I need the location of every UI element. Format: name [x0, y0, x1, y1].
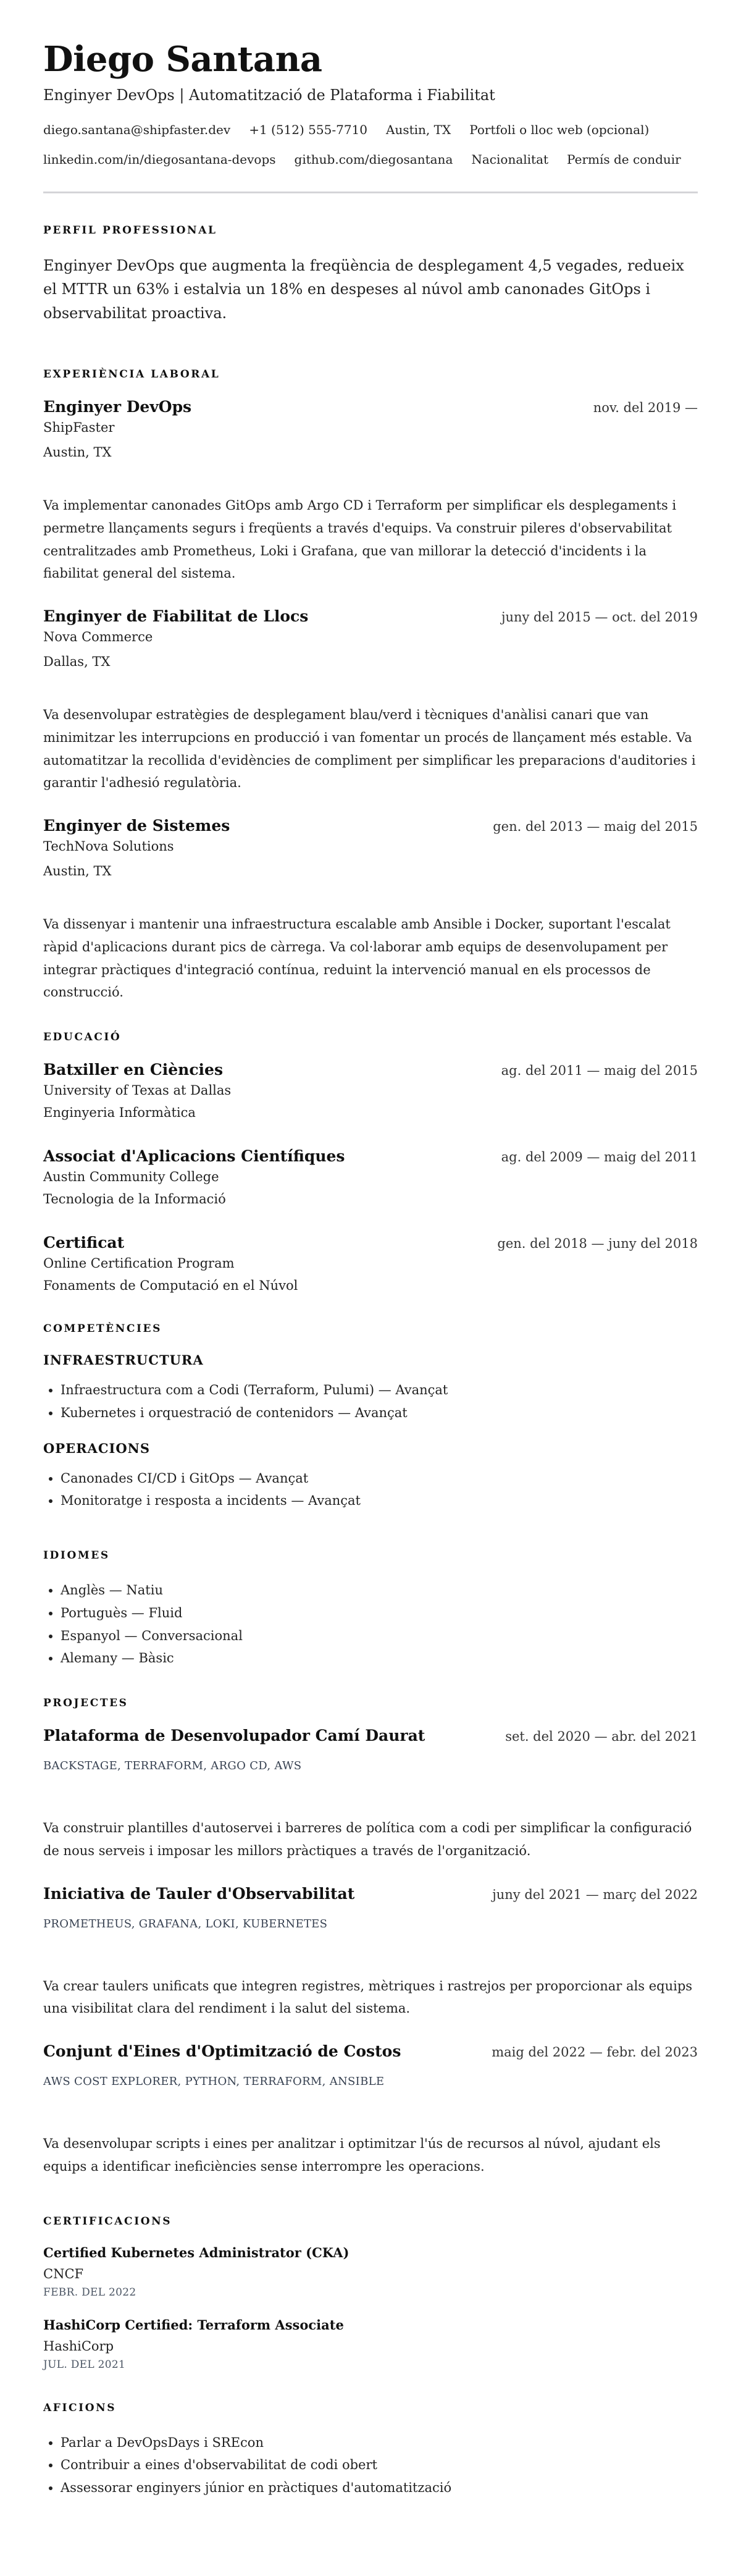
- entry-header: Batxiller en Ciènciesag. del 2011 — maig…: [43, 1061, 698, 1079]
- section-title-certifications: Certificacions: [43, 2215, 698, 2228]
- summary-section: Perfil professional Enginyer DevOps que …: [43, 224, 698, 325]
- job-description: Va implementar canonades GitOps amb Argo…: [43, 494, 698, 585]
- project-tech-tags: Prometheus, Grafana, Loki, Kubernetes: [43, 1917, 698, 1930]
- contact-linkedin[interactable]: linkedin.com/in/diegosantana-devops: [43, 151, 276, 168]
- entry-header: Enginyer de Sistemesgen. del 2013 — maig…: [43, 817, 698, 835]
- section-title-summary: Perfil professional: [43, 224, 698, 237]
- school-name: Online Certification Program: [43, 1254, 698, 1274]
- entry-header: Conjunt d'Eines d'Optimització de Costos…: [43, 2042, 698, 2060]
- hobby-item: Parlar a DevOpsDays i SREcon: [61, 2431, 698, 2454]
- job-location: Austin, TX: [43, 443, 698, 463]
- entry-header: Certificatgen. del 2018 — juny del 2018: [43, 1234, 698, 1252]
- certification-entry: Certified Kubernetes Administrator (CKA)…: [43, 2245, 698, 2299]
- hobby-item: Contribuir a eines d'observabilitat de c…: [61, 2454, 698, 2477]
- languages-list: Anglès — NatiuPortuguès — FluidEspanyol …: [43, 1579, 698, 1670]
- project-name: Conjunt d'Eines d'Optimització de Costos: [43, 2042, 401, 2060]
- job-dates: nov. del 2019 —: [593, 400, 698, 415]
- education-dates: ag. del 2009 — maig del 2011: [501, 1150, 698, 1164]
- education-list: Batxiller en Ciènciesag. del 2011 — maig…: [43, 1061, 698, 1295]
- contact-website[interactable]: Portfoli o lloc web (opcional): [469, 121, 649, 138]
- entry-header: Associat d'Aplicacions Científiquesag. d…: [43, 1147, 698, 1165]
- certifications-list: Certified Kubernetes Administrator (CKA)…: [43, 2245, 698, 2371]
- school-name: Austin Community College: [43, 1168, 698, 1187]
- experience-entry: Enginyer de Fiabilitat de Llocsjuny del …: [43, 607, 698, 794]
- skill-list: Infraestructura com a Codi (Terraform, P…: [43, 1379, 698, 1425]
- education-dates: ag. del 2011 — maig del 2015: [501, 1063, 698, 1078]
- job-description: Va dissenyar i mantenir una infraestruct…: [43, 913, 698, 1004]
- job-location: Austin, TX: [43, 862, 698, 882]
- languages-section: Idiomes Anglès — NatiuPortuguès — FluidE…: [43, 1549, 698, 1670]
- section-title-skills: Competències: [43, 1323, 698, 1335]
- entry-header: Enginyer DevOpsnov. del 2019 —: [43, 398, 698, 416]
- contact-phone[interactable]: +1 (512) 555-7710: [249, 121, 367, 138]
- certification-date: febr. del 2022: [43, 2286, 698, 2299]
- certification-issuer: HashiCorp: [43, 2339, 698, 2354]
- candidate-headline: Enginyer DevOps | Automatització de Plat…: [43, 85, 698, 106]
- section-title-projects: Projectes: [43, 1697, 698, 1709]
- job-dates: gen. del 2013 — maig del 2015: [493, 819, 698, 834]
- field-of-study: Tecnologia de la Informació: [43, 1190, 698, 1210]
- projects-list: Plataforma de Desenvolupador Camí Daurat…: [43, 1727, 698, 2178]
- degree-name: Associat d'Aplicacions Científiques: [43, 1147, 345, 1165]
- company-name: Nova Commerce: [43, 628, 698, 647]
- project-tech-tags: AWS Cost Explorer, Python, Terraform, An…: [43, 2075, 698, 2088]
- contact-location: Austin, TX: [386, 121, 451, 138]
- language-item: Anglès — Natiu: [61, 1579, 698, 1602]
- skill-category-title: Infraestructura: [43, 1352, 698, 1368]
- hobbies-section: Aficions Parlar a DevOpsDays i SREconCon…: [43, 2402, 698, 2499]
- contact-driving-license: Permís de conduir: [567, 151, 681, 168]
- experience-entry: Enginyer de Sistemesgen. del 2013 — maig…: [43, 817, 698, 1004]
- skill-item: Infraestructura com a Codi (Terraform, P…: [61, 1379, 698, 1402]
- degree-name: Batxiller en Ciències: [43, 1061, 223, 1079]
- candidate-name: Diego Santana: [43, 40, 698, 79]
- experience-list: Enginyer DevOpsnov. del 2019 —ShipFaster…: [43, 398, 698, 1004]
- project-tech-tags: Backstage, Terraform, Argo CD, AWS: [43, 1759, 698, 1772]
- hobbies-list: Parlar a DevOpsDays i SREconContribuir a…: [43, 2431, 698, 2499]
- summary-text: Enginyer DevOps que augmenta la freqüènc…: [43, 254, 698, 325]
- certification-name: HashiCorp Certified: Terraform Associate: [43, 2317, 698, 2333]
- job-dates: juny del 2015 — oct. del 2019: [501, 610, 698, 625]
- section-title-hobbies: Aficions: [43, 2402, 698, 2414]
- project-name: Plataforma de Desenvolupador Camí Daurat: [43, 1727, 425, 1745]
- project-entry: Iniciativa de Tauler d'Observabilitatjun…: [43, 1885, 698, 2021]
- hobby-item: Assessorar enginyers júnior en pràctique…: [61, 2477, 698, 2499]
- skills-list: InfraestructuraInfraestructura com a Cod…: [43, 1352, 698, 1512]
- language-item: Espanyol — Conversacional: [61, 1625, 698, 1648]
- project-dates: maig del 2022 — febr. del 2023: [492, 2045, 698, 2060]
- job-description: Va desenvolupar estratègies de desplegam…: [43, 704, 698, 794]
- education-entry: Associat d'Aplicacions Científiquesag. d…: [43, 1147, 698, 1209]
- contact-nationality: Nacionalitat: [471, 151, 548, 168]
- experience-entry: Enginyer DevOpsnov. del 2019 —ShipFaster…: [43, 398, 698, 585]
- certification-name: Certified Kubernetes Administrator (CKA): [43, 2245, 698, 2260]
- field-of-study: Fonaments de Computació en el Núvol: [43, 1276, 698, 1296]
- skill-item: Kubernetes i orquestració de contenidors…: [61, 1402, 698, 1425]
- project-description: Va crear taulers unificats que integren …: [43, 1975, 698, 2021]
- job-location: Dallas, TX: [43, 652, 698, 672]
- contact-github[interactable]: github.com/diegosantana: [295, 151, 453, 168]
- skill-category-title: Operacions: [43, 1441, 698, 1456]
- experience-section: Experiència laboral Enginyer DevOpsnov. …: [43, 368, 698, 1004]
- field-of-study: Enginyeria Informàtica: [43, 1103, 698, 1123]
- company-name: ShipFaster: [43, 418, 698, 438]
- project-dates: juny del 2021 — març del 2022: [492, 1887, 698, 1902]
- skills-section: Competències InfraestructuraInfraestruct…: [43, 1323, 698, 1512]
- entry-header: Iniciativa de Tauler d'Observabilitatjun…: [43, 1885, 698, 1903]
- project-description: Va construir plantilles d'autoservei i b…: [43, 1817, 698, 1863]
- contact-list: diego.santana@shipfaster.dev +1 (512) 55…: [43, 121, 698, 180]
- certification-issuer: CNCF: [43, 2267, 698, 2281]
- section-title-experience: Experiència laboral: [43, 368, 698, 381]
- language-item: Alemany — Bàsic: [61, 1647, 698, 1670]
- projects-section: Projectes Plataforma de Desenvolupador C…: [43, 1697, 698, 2178]
- education-entry: Certificatgen. del 2018 — juny del 2018O…: [43, 1234, 698, 1295]
- job-title: Enginyer DevOps: [43, 398, 191, 416]
- certifications-section: Certificacions Certified Kubernetes Admi…: [43, 2215, 698, 2371]
- degree-name: Certificat: [43, 1234, 124, 1252]
- project-entry: Conjunt d'Eines d'Optimització de Costos…: [43, 2042, 698, 2178]
- job-title: Enginyer de Fiabilitat de Llocs: [43, 607, 308, 625]
- language-item: Portuguès — Fluid: [61, 1602, 698, 1625]
- project-description: Va desenvolupar scripts i eines per anal…: [43, 2132, 698, 2178]
- section-title-languages: Idiomes: [43, 1549, 698, 1562]
- contact-email[interactable]: diego.santana@shipfaster.dev: [43, 121, 230, 138]
- project-name: Iniciativa de Tauler d'Observabilitat: [43, 1885, 354, 1903]
- entry-header: Enginyer de Fiabilitat de Llocsjuny del …: [43, 607, 698, 625]
- project-dates: set. del 2020 — abr. del 2021: [505, 1729, 698, 1744]
- resume-header: Diego Santana Enginyer DevOps | Automati…: [43, 40, 698, 180]
- company-name: TechNova Solutions: [43, 837, 698, 857]
- education-entry: Batxiller en Ciènciesag. del 2011 — maig…: [43, 1061, 698, 1122]
- section-title-education: Educació: [43, 1031, 698, 1043]
- skill-item: Canonades CI/CD i GitOps — Avançat: [61, 1467, 698, 1490]
- job-title: Enginyer de Sistemes: [43, 817, 230, 835]
- education-section: Educació Batxiller en Ciènciesag. del 20…: [43, 1031, 698, 1295]
- header-divider: [43, 192, 698, 193]
- education-dates: gen. del 2018 — juny del 2018: [497, 1236, 698, 1251]
- entry-header: Plataforma de Desenvolupador Camí Daurat…: [43, 1727, 698, 1745]
- resume-page: Diego Santana Enginyer DevOps | Automati…: [0, 0, 741, 2576]
- certification-entry: HashiCorp Certified: Terraform Associate…: [43, 2317, 698, 2371]
- school-name: University of Texas at Dallas: [43, 1081, 698, 1101]
- certification-date: jul. del 2021: [43, 2359, 698, 2371]
- skill-list: Canonades CI/CD i GitOps — AvançatMonito…: [43, 1467, 698, 1513]
- project-entry: Plataforma de Desenvolupador Camí Daurat…: [43, 1727, 698, 1863]
- skill-item: Monitoratge i resposta a incidents — Ava…: [61, 1489, 698, 1512]
